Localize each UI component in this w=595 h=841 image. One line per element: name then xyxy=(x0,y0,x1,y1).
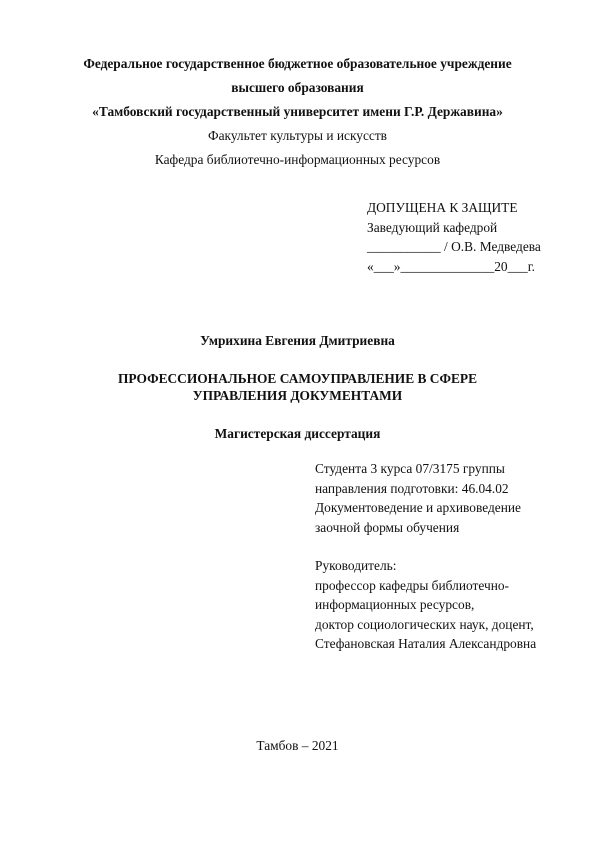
approval-block: ДОПУЩЕНА К ЗАЩИТЕ Заведующий кафедрой __… xyxy=(367,198,541,276)
city-year: Тамбов – 2021 xyxy=(0,738,595,754)
supervisor-info-line: профессор кафедры библиотечно- xyxy=(315,576,536,596)
thesis-title-line-1: ПРОФЕССИОНАЛЬНОЕ САМОУПРАВЛЕНИЕ В СФЕРЕ xyxy=(0,371,595,387)
student-info-line: заочной формы обучения xyxy=(315,518,521,538)
thesis-title-line-2: УПРАВЛЕНИЯ ДОКУМЕНТАМИ xyxy=(0,388,595,404)
author-name: Умрихина Евгения Дмитриевна xyxy=(0,333,595,349)
approval-signature-line: ___________ / О.В. Медведева xyxy=(367,237,541,257)
university-name: «Тамбовский государственный университет … xyxy=(0,104,595,120)
work-type: Магистерская диссертация xyxy=(0,426,595,442)
supervisor-info-line: доктор социологических наук, доцент, xyxy=(315,615,536,635)
institution-line-1: Федеральное государственное бюджетное об… xyxy=(0,56,595,72)
student-info-line: Студента 3 курса 07/3175 группы xyxy=(315,459,521,479)
supervisor-info-line: Стефановская Наталия Александровна xyxy=(315,634,536,654)
institution-line-2: высшего образования xyxy=(0,80,595,96)
approval-date-line: «___»______________20___г. xyxy=(367,257,541,277)
supervisor-info-line: Руководитель: xyxy=(315,556,536,576)
supervisor-info-block: Руководитель: профессор кафедры библиоте… xyxy=(315,556,536,654)
student-info-line: направления подготовки: 46.04.02 xyxy=(315,479,521,499)
approval-position: Заведующий кафедрой xyxy=(367,218,541,238)
department-name: Кафедра библиотечно-информационных ресур… xyxy=(0,152,595,168)
faculty-name: Факультет культуры и искусств xyxy=(0,128,595,144)
approval-title: ДОПУЩЕНА К ЗАЩИТЕ xyxy=(367,198,541,218)
supervisor-info-line: информационных ресурсов, xyxy=(315,595,536,615)
student-info-line: Документоведение и архивоведение xyxy=(315,498,521,518)
student-info-block: Студента 3 курса 07/3175 группы направле… xyxy=(315,459,521,537)
